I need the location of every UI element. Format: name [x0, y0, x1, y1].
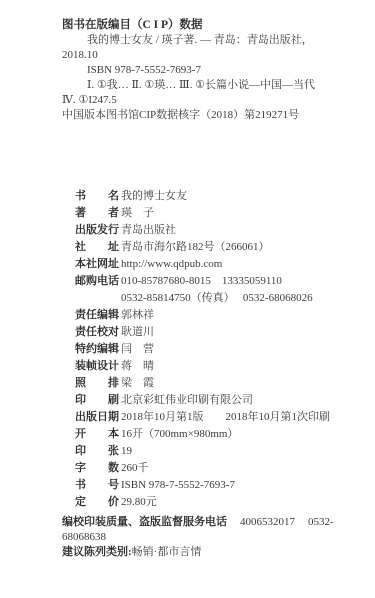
- colophon-value: http://www.qdpub.com: [121, 256, 359, 273]
- cip-isbn-line: ISBN 978-7-5552-7693-7: [62, 63, 359, 78]
- colophon-label: 社 址: [75, 239, 121, 256]
- colophon-label: [75, 290, 121, 307]
- cip-block: 图书在版编目（C I P）数据 我的博士女友 / 瑛子著. — 青岛：青岛出版社…: [62, 18, 359, 123]
- colophon-label: 印 刷: [75, 392, 121, 409]
- colophon-row: 责任编辑郭林祥: [75, 307, 359, 324]
- colophon-row: 书 名我的博士女友: [75, 188, 359, 205]
- colophon-label: 开 本: [75, 426, 121, 443]
- colophon-label: 照 排: [75, 375, 121, 392]
- colophon-label: 装帧设计: [75, 358, 121, 375]
- colophon-label: 著 者: [75, 205, 121, 222]
- colophon-row: 印 刷北京彩虹伟业印刷有限公司: [75, 392, 359, 409]
- cip-classification-line1: Ⅰ. ①我… Ⅱ. ①瑛… Ⅲ. ①长篇小说—中国—当代: [62, 78, 359, 93]
- colophon-label: 责任编辑: [75, 307, 121, 324]
- colophon-value: 19: [121, 443, 359, 460]
- colophon-row: 本社网址http://www.qdpub.com: [75, 256, 359, 273]
- cip-record-number: 中国版本图书馆CIP数据核字（2018）第219271号: [62, 108, 359, 123]
- colophon-value: ISBN 978-7-5552-7693-7: [121, 477, 359, 494]
- quality-service-line: 编校印装质量、盗版监督服务电话40065320170532-68068638: [62, 515, 359, 545]
- colophon-value: 北京彩虹伟业印刷有限公司: [121, 392, 359, 409]
- colophon-row: 社 址青岛市海尔路182号（266061）: [75, 239, 359, 256]
- colophon-value: 蒋 晴: [121, 358, 359, 375]
- colophon-row: 出版日期2018年10月第1版 2018年10月第1次印刷: [75, 409, 359, 426]
- colophon-row: 定 价29.80元: [75, 494, 359, 511]
- colophon-list: 书 名我的博士女友著 者瑛 子出版发行青岛出版社社 址青岛市海尔路182号（26…: [75, 188, 359, 511]
- shelf-category-line: 建议陈列类别:畅销·都市言情: [62, 545, 359, 560]
- colophon-row: 字 数260千: [75, 460, 359, 477]
- colophon-value: 我的博士女友: [121, 188, 359, 205]
- colophon-label: 定 价: [75, 494, 121, 511]
- cip-title: 图书在版编目（C I P）数据: [62, 18, 359, 33]
- colophon-row: 0532-85814750（传真） 0532-68068026: [75, 290, 359, 307]
- colophon-value: 青岛出版社: [121, 222, 359, 239]
- colophon-value: 闫 营: [121, 341, 359, 358]
- colophon-value: 29.80元: [121, 494, 359, 511]
- colophon-label: 出版日期: [75, 409, 121, 426]
- colophon-value: 010-85787680-8015 13335059110: [121, 273, 359, 290]
- colophon-row: 装帧设计蒋 晴: [75, 358, 359, 375]
- book-copyright-page: 图书在版编目（C I P）数据 我的博士女友 / 瑛子著. — 青岛：青岛出版社…: [0, 0, 375, 598]
- colophon-value: 260千: [121, 460, 359, 477]
- colophon-value: 瑛 子: [121, 205, 359, 222]
- colophon-row: 照 排梁 霞: [75, 375, 359, 392]
- colophon-label: 本社网址: [75, 256, 121, 273]
- colophon-label: 特约编辑: [75, 341, 121, 358]
- footer-block: 编校印装质量、盗版监督服务电话40065320170532-68068638 建…: [62, 515, 359, 560]
- colophon-value: 2018年10月第1版 2018年10月第1次印刷: [121, 409, 359, 426]
- cip-description-line1: 我的博士女友 / 瑛子著. — 青岛：青岛出版社，: [62, 33, 359, 48]
- colophon-label: 责任校对: [75, 324, 121, 341]
- colophon-label: 字 数: [75, 460, 121, 477]
- quality-service-phone-1: 4006532017: [240, 516, 295, 528]
- colophon-value: 梁 霞: [121, 375, 359, 392]
- colophon-row: 著 者瑛 子: [75, 205, 359, 222]
- colophon-row: 出版发行青岛出版社: [75, 222, 359, 239]
- colophon-label: 印 张: [75, 443, 121, 460]
- colophon-label: 出版发行: [75, 222, 121, 239]
- cip-description-line2: 2018.10: [62, 48, 359, 63]
- cip-classification-line2: Ⅳ. ①I247.5: [62, 93, 359, 108]
- colophon-value: 0532-85814750（传真） 0532-68068026: [121, 290, 359, 307]
- quality-service-label: 编校印装质量、盗版监督服务电话: [62, 516, 227, 528]
- colophon-row: 印 张19: [75, 443, 359, 460]
- colophon-label: 书 号: [75, 477, 121, 494]
- colophon-row: 特约编辑闫 营: [75, 341, 359, 358]
- colophon-row: 邮购电话010-85787680-8015 13335059110: [75, 273, 359, 290]
- colophon-value: 16开（700mm×980mm）: [121, 426, 359, 443]
- shelf-category-value: 畅销·都市言情: [132, 546, 202, 558]
- colophon-row: 责任校对耿道川: [75, 324, 359, 341]
- colophon-row: 书 号ISBN 978-7-5552-7693-7: [75, 477, 359, 494]
- colophon-label: 邮购电话: [75, 273, 121, 290]
- colophon-value: 耿道川: [121, 324, 359, 341]
- colophon-value: 青岛市海尔路182号（266061）: [121, 239, 359, 256]
- colophon-row: 开 本16开（700mm×980mm）: [75, 426, 359, 443]
- colophon-label: 书 名: [75, 188, 121, 205]
- shelf-category-label: 建议陈列类别:: [62, 546, 132, 558]
- colophon-value: 郭林祥: [121, 307, 359, 324]
